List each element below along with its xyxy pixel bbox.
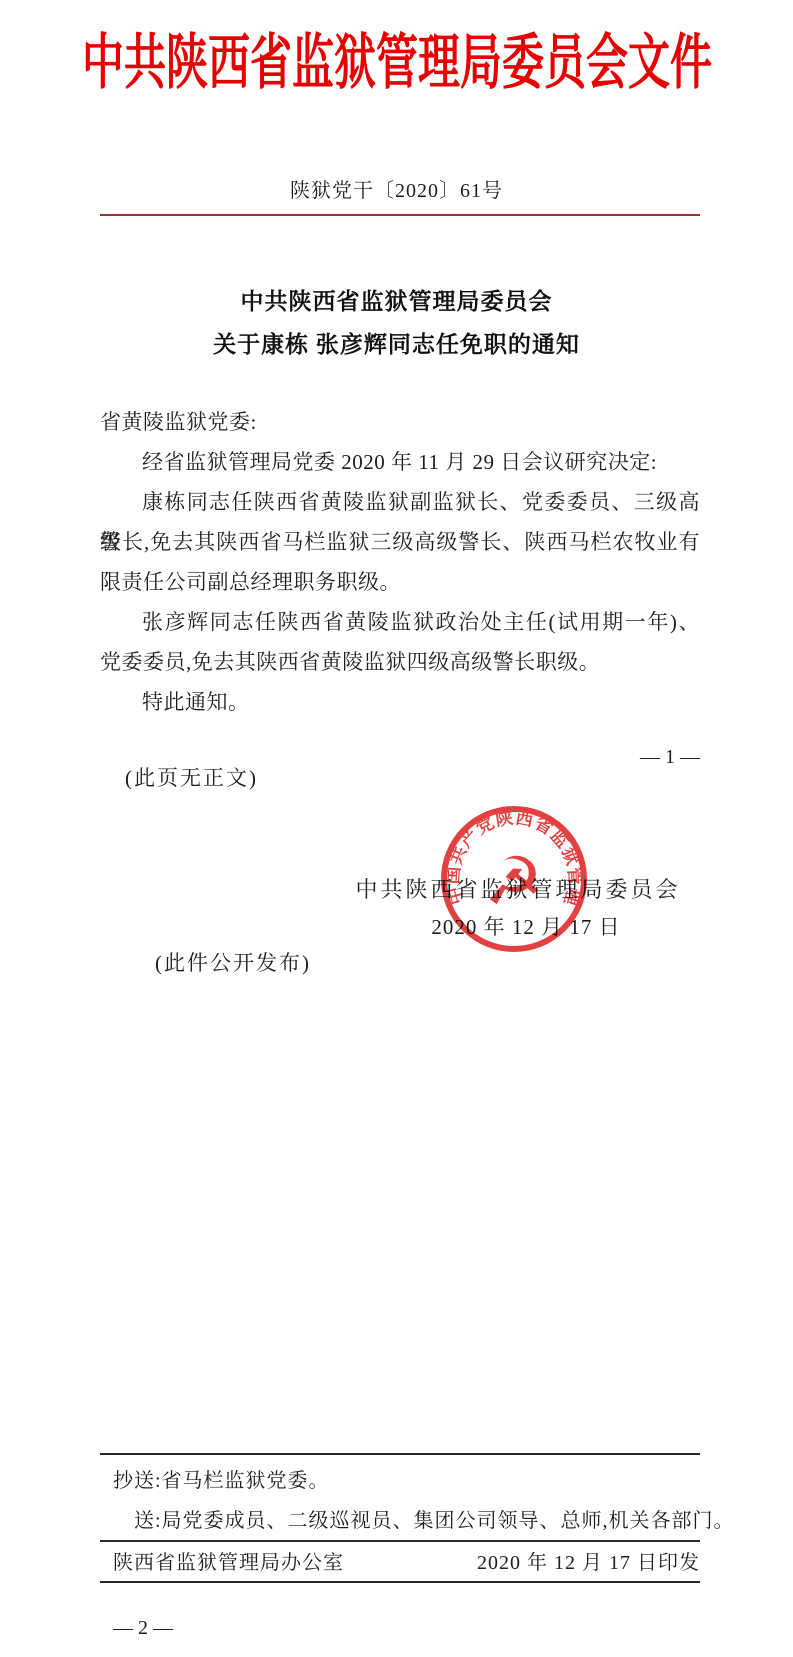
body-line: 党委委员,免去其陕西省黄陵监狱四级高级警长职级。 bbox=[100, 642, 700, 682]
official-seal: 中国共产党陕西省监狱管理局委员会 ☭ bbox=[429, 794, 599, 964]
document-title-line1: 中共陕西省监狱管理局委员会 bbox=[0, 280, 793, 323]
page-number-1: — 1 — bbox=[640, 745, 700, 769]
footer-rule-middle bbox=[100, 1540, 700, 1542]
body-line: 省黄陵监狱党委: bbox=[100, 402, 700, 442]
official-document-page: 中共陕西省监狱管理局委员会文件 陕狱党干〔2020〕61号 中共陕西省监狱管理局… bbox=[0, 0, 793, 1657]
footer-send-line: 送:局党委成员、二级巡视员、集团公司领导、总师,机关各部门。 bbox=[134, 1507, 735, 1535]
public-release-note: (此件公开发布) bbox=[155, 950, 311, 976]
document-number: 陕狱党干〔2020〕61号 bbox=[0, 176, 793, 206]
body-line: 特此通知。 bbox=[100, 682, 700, 722]
body-line: 限责任公司副总经理职务职级。 bbox=[100, 562, 700, 602]
body-line: 经省监狱管理局党委 2020 年 11 月 29 日会议研究决定: bbox=[100, 442, 700, 482]
document-title-line2: 关于康栋 张彦辉同志任免职的通知 bbox=[0, 323, 793, 366]
footer-issuer-row: 陕西省监狱管理局办公室 2020 年 12 月 17 日印发 bbox=[100, 1549, 700, 1577]
body-lines: 省黄陵监狱党委:经省监狱管理局党委 2020 年 11 月 29 日会议研究决定… bbox=[100, 402, 700, 722]
letterhead: 中共陕西省监狱管理局委员会文件 bbox=[0, 14, 793, 102]
footer-cc-line: 抄送:省马栏监狱党委。 bbox=[113, 1467, 330, 1495]
no-body-text-note: (此页无正文) bbox=[125, 765, 258, 791]
body-line: 张彦辉同志任陕西省黄陵监狱政治处主任(试用期一年)、 bbox=[100, 602, 700, 642]
footer-rule-bottom bbox=[100, 1581, 700, 1583]
page-number-2: — 2 — bbox=[113, 1616, 173, 1640]
body-line: 康栋同志任陕西省黄陵监狱副监狱长、党委委员、三级高级 bbox=[100, 482, 700, 522]
footer-print-date: 2020 年 12 月 17 日印发 bbox=[477, 1549, 700, 1577]
red-divider-rule bbox=[100, 214, 700, 216]
body-line: 警长,免去其陕西省马栏监狱三级高级警长、陕西马栏农牧业有 bbox=[100, 522, 700, 562]
footer-rule-top bbox=[100, 1453, 700, 1455]
footer-issuer-office: 陕西省监狱管理局办公室 bbox=[100, 1549, 344, 1577]
hammer-sickle-icon: ☭ bbox=[484, 843, 543, 920]
document-title: 中共陕西省监狱管理局委员会 关于康栋 张彦辉同志任免职的通知 bbox=[0, 280, 793, 366]
letterhead-org-title: 中共陕西省监狱管理局委员会文件 bbox=[82, 15, 712, 101]
